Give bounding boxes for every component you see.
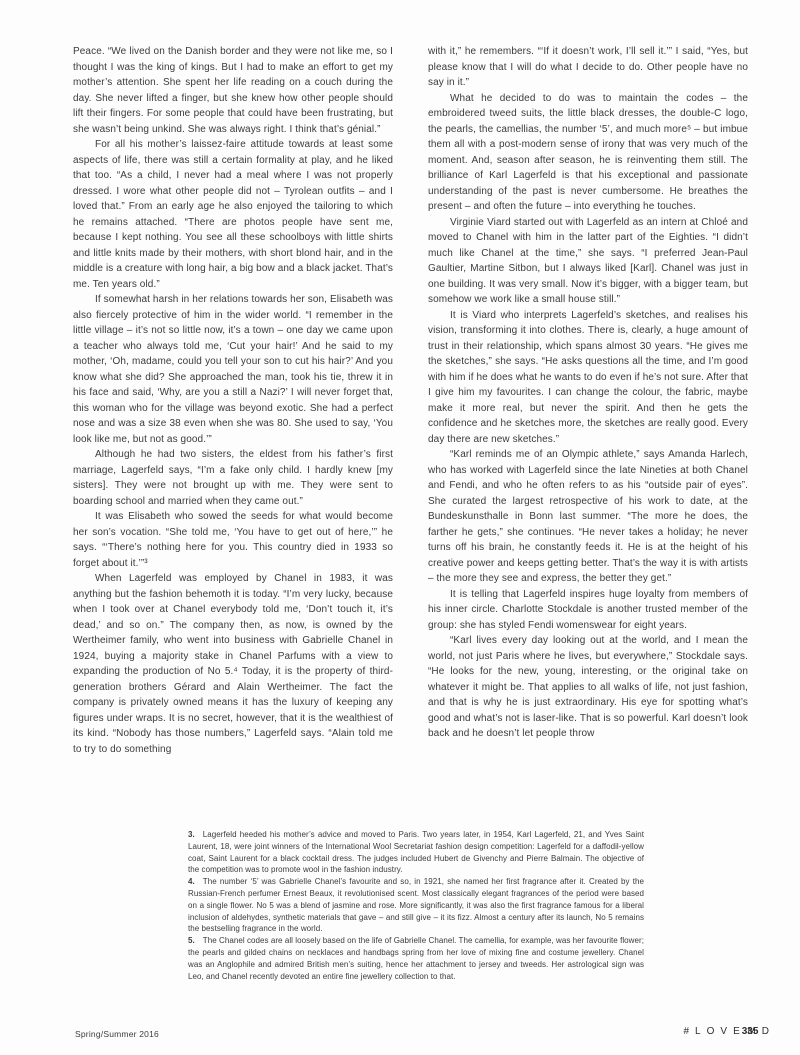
article-paragraph: Although he had two sisters, the eldest … bbox=[73, 447, 393, 509]
footnote: 3.Lagerfeld heeded his mother’s advice a… bbox=[188, 829, 644, 876]
footnote-text: Lagerfeld heeded his mother’s advice and… bbox=[188, 830, 644, 874]
footnote-number: 3. bbox=[188, 830, 195, 839]
article-paragraph: with it,” he remembers. “‘If it doesn’t … bbox=[428, 44, 748, 91]
page-number: 335 bbox=[742, 1026, 759, 1037]
footnote-text: The Chanel codes are all loosely based o… bbox=[188, 936, 644, 980]
footer-issue-date: Spring/Summer 2016 bbox=[75, 1029, 159, 1039]
article-paragraph: Peace. “We lived on the Danish border an… bbox=[73, 44, 393, 137]
left-column: Peace. “We lived on the Danish border an… bbox=[73, 44, 393, 757]
article-paragraph: It is Viard who interprets Lagerfeld’s s… bbox=[428, 308, 748, 448]
article-paragraph: “Karl reminds me of an Olympic athlete,”… bbox=[428, 447, 748, 587]
article-paragraph: “Karl lives every day looking out at the… bbox=[428, 633, 748, 742]
article-paragraph: What he decided to do was to maintain th… bbox=[428, 91, 748, 215]
footnote-number: 5. bbox=[188, 936, 195, 945]
footer-brand: #LOVE335MD bbox=[684, 1026, 776, 1037]
footnote-number: 4. bbox=[188, 877, 195, 886]
article-paragraph: For all his mother’s laissez-faire attit… bbox=[73, 137, 393, 292]
footnote-text: The number ‘5’ was Gabrielle Chanel’s fa… bbox=[188, 877, 644, 933]
article-paragraph: When Lagerfeld was employed by Chanel in… bbox=[73, 571, 393, 757]
footnotes-block: 3.Lagerfeld heeded his mother’s advice a… bbox=[188, 829, 644, 982]
magazine-page: Peace. “We lived on the Danish border an… bbox=[0, 0, 800, 1055]
article-paragraph: If somewhat harsh in her relations towar… bbox=[73, 292, 393, 447]
footnote: 5.The Chanel codes are all loosely based… bbox=[188, 935, 644, 982]
footnote: 4.The number ‘5’ was Gabrielle Chanel’s … bbox=[188, 876, 644, 935]
article-paragraph: Virginie Viard started out with Lagerfel… bbox=[428, 215, 748, 308]
article-paragraph: It was Elisabeth who sowed the seeds for… bbox=[73, 509, 393, 571]
article-paragraph: It is telling that Lagerfeld inspires hu… bbox=[428, 587, 748, 634]
magazine-wordmark-prefix: #LOVE bbox=[684, 1026, 746, 1037]
right-column: with it,” he remembers. “‘If it doesn’t … bbox=[428, 44, 748, 742]
